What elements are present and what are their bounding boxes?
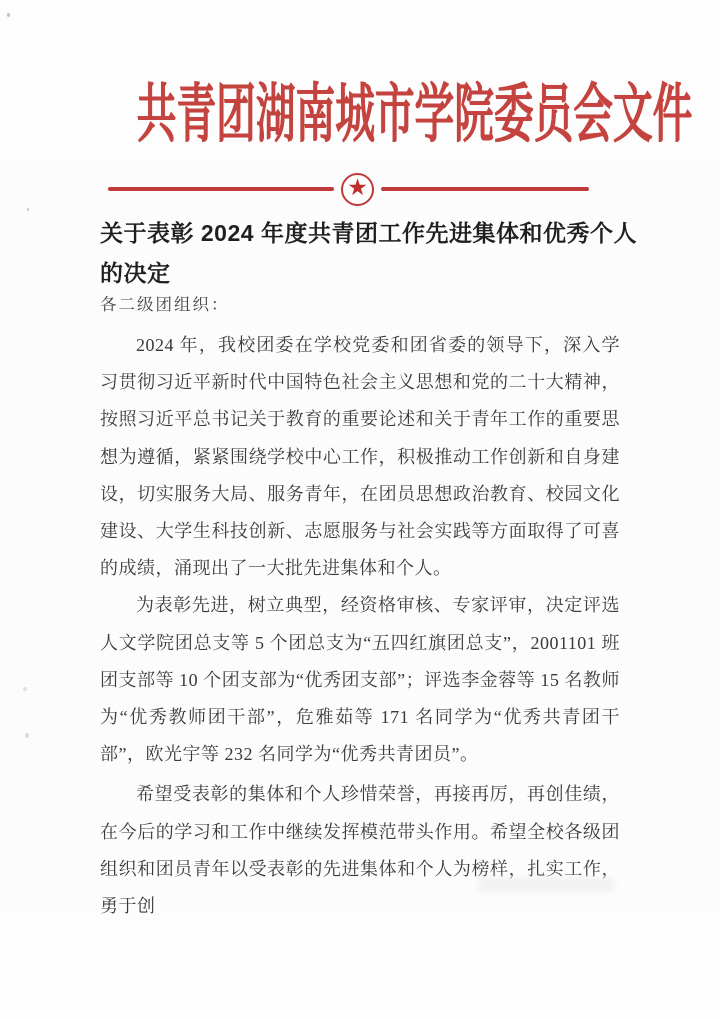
document-masthead: 共青团湖南城市学院委员会文件 [137,78,583,152]
document-title: 关于表彰 2024 年度共青团工作先进集体和优秀个人 的决定 [100,213,640,293]
paragraph-overview: 2024 年，我校团委在学校党委和团省委的领导下，深入学习贯彻习近平新时代中国特… [100,327,620,587]
divider-line-left [108,187,334,191]
salutation: 各二级团组织： [100,291,230,315]
scan-speck [23,687,27,691]
paragraph-awards: 为表彰先进，树立典型，经资格审核、专家评审，决定评选人文学院团总支等 5 个团总… [100,587,620,773]
star-icon: ★ [347,177,368,200]
document-body: 2024 年，我校团委在学校党委和团省委的领导下，深入学习贯彻习近平新时代中国特… [100,327,620,925]
document-title-line2: 的决定 [100,253,640,293]
scan-smudge [478,877,614,892]
scan-speck [25,733,29,738]
document-title-line1: 关于表彰 2024 年度共青团工作先进集体和优秀个人 [100,213,640,253]
paragraph-hope: 希望受表彰的集体和个人珍惜荣誉，再接再厉，再创佳绩，在今后的学习和工作中继续发挥… [100,776,620,925]
red-divider: ★ [100,171,620,207]
document-page: 共青团湖南城市学院委员会文件 ★ 关于表彰 2024 年度共青团工作先进集体和优… [0,0,720,1019]
scan-speck [27,208,29,211]
scan-speck [7,13,10,17]
divider-line-right [381,187,589,191]
star-badge: ★ [341,173,374,206]
